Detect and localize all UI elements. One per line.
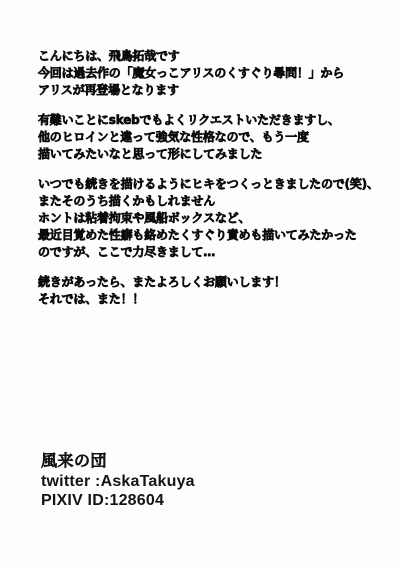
text-line: またそのうち描くかもしれません — [38, 193, 392, 210]
text-line: 描いてみたいなと思って形にしてみました — [38, 146, 392, 163]
circle-name: 風来の団 — [41, 452, 195, 472]
text-line: こんにちは、飛鳥拓哉です — [38, 48, 392, 65]
text-line: ホントは粘着拘束や風船ボックスなど、 — [38, 210, 392, 227]
skeb-paragraph: 有難いことにskebでもよくリクエストいただきますし、 他のヒロインと違って強気… — [38, 112, 392, 163]
text-line: 続きがあったら、またよろしくお願いします！ — [38, 274, 392, 291]
pixiv-credit: PIXIV ID:128604 — [41, 491, 195, 510]
greeting-paragraph: こんにちは、飛鳥拓哉です 今回は過去作の「魔女っこアリスのくすぐり尋問！」から … — [38, 48, 392, 99]
text-line: 他のヒロインと違って強気な性格なので、もう一度 — [38, 129, 392, 146]
text-line: 最近目覚めた性癖も絡めたくすぐり責めも描いてみたかった — [38, 227, 392, 244]
text-line: アリスが再登場となります — [38, 82, 392, 99]
text-line: 有難いことにskebでもよくリクエストいただきますし、 — [38, 112, 392, 129]
credits-block: 風来の団 twitter :AskaTakuya PIXIV ID:128604 — [41, 452, 195, 510]
closing-paragraph: 続きがあったら、またよろしくお願いします！ それでは、また！！ — [38, 274, 392, 308]
text-line: それでは、また！！ — [38, 291, 392, 308]
sequel-paragraph: いつでも続きを描けるようにヒキをつくっときましたので(笑)、 またそのうち描くか… — [38, 176, 392, 261]
text-line: のですが、ここで力尽きまして… — [38, 244, 392, 261]
twitter-credit: twitter :AskaTakuya — [41, 472, 195, 491]
afterword-page: こんにちは、飛鳥拓哉です 今回は過去作の「魔女っこアリスのくすぐり尋問！」から … — [0, 0, 400, 567]
text-line: いつでも続きを描けるようにヒキをつくっときましたので(笑)、 — [38, 176, 392, 193]
text-line: 今回は過去作の「魔女っこアリスのくすぐり尋問！」から — [38, 65, 392, 82]
afterword-text: こんにちは、飛鳥拓哉です 今回は過去作の「魔女っこアリスのくすぐり尋問！」から … — [38, 48, 392, 321]
